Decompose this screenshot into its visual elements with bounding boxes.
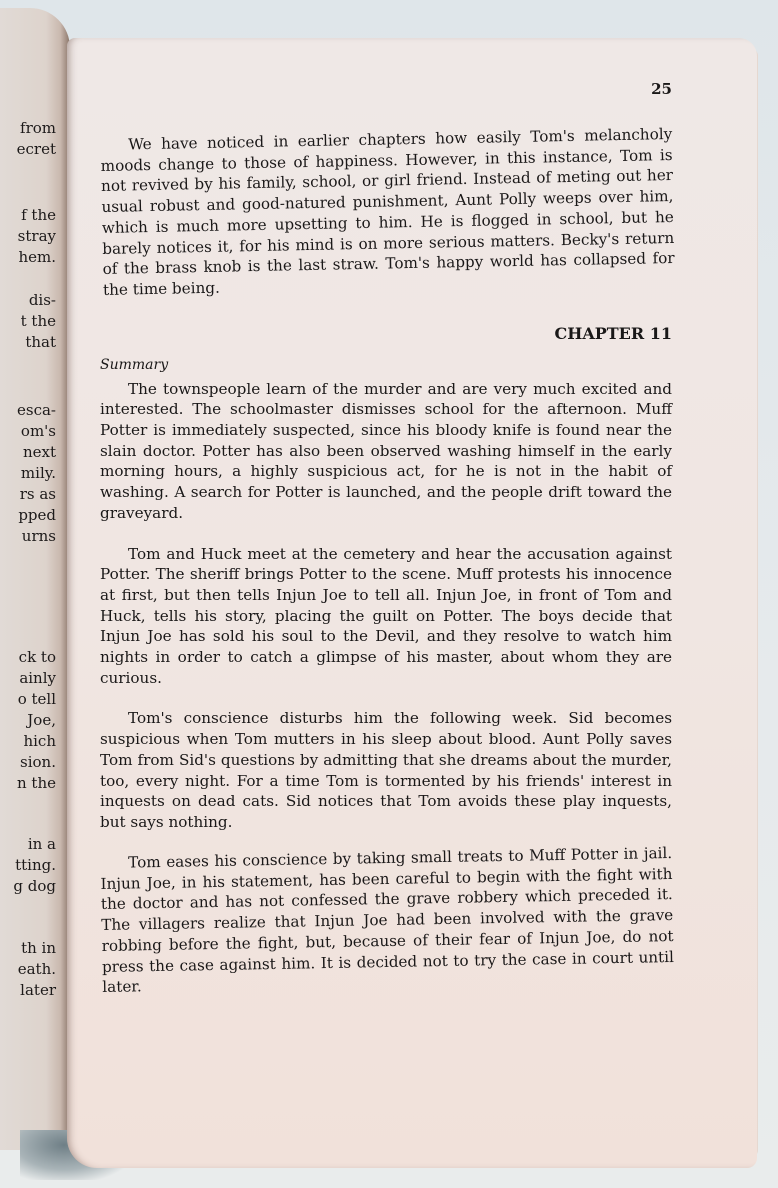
summary-paragraph-3: Tom's conscience disturbs him the follow… — [100, 708, 672, 832]
left-page-text-fragment: f the — [0, 205, 56, 226]
summary-paragraph-1: The townspeople learn of the murder and … — [100, 379, 672, 524]
left-page-text-fragment: n the — [0, 773, 56, 794]
page-content: 25 We have noticed in earlier chapters h… — [100, 80, 672, 998]
left-page-text-fragment: urns — [0, 526, 56, 547]
left-page-text-fragment: that — [0, 332, 56, 353]
left-page-text-fragment: mily. — [0, 463, 56, 484]
summary-paragraph-4: Tom eases his conscience by taking small… — [100, 843, 674, 998]
left-page-text-fragment: ck to — [0, 647, 56, 668]
left-page-text-fragment: hich — [0, 731, 56, 752]
left-page-text-fragment: later — [0, 980, 56, 1001]
left-page-text-fragment: in a — [0, 834, 56, 855]
left-page-text-fragment: eath. — [0, 959, 56, 980]
facing-left-page: fromecretf thestrayhem.dis-t thethatesca… — [0, 8, 70, 1150]
left-page-text-fragment: om's — [0, 421, 56, 442]
left-page-text-fragment: t the — [0, 311, 56, 332]
left-page-text-fragment: tting. — [0, 855, 56, 876]
intro-paragraph: We have noticed in earlier chapters how … — [100, 124, 675, 301]
left-page-text-fragment: g dog — [0, 876, 56, 897]
chapter-heading: CHAPTER 11 — [100, 324, 672, 343]
left-page-text-fragment: next — [0, 442, 56, 463]
page-number: 25 — [651, 80, 672, 98]
section-label: Summary — [100, 357, 672, 373]
left-page-text-fragment: from — [0, 118, 56, 139]
left-page-text-fragment: ainly — [0, 668, 56, 689]
left-page-text-fragment: esca- — [0, 400, 56, 421]
left-page-text-fragment: dis- — [0, 290, 56, 311]
left-page-text-fragment: pped — [0, 505, 56, 526]
left-page-text-fragment: ecret — [0, 139, 56, 160]
left-page-text-fragment: Joe, — [0, 710, 56, 731]
left-page-text-fragment: o tell — [0, 689, 56, 710]
left-page-text-fragment: stray — [0, 226, 56, 247]
left-page-text-fragment: hem. — [0, 247, 56, 268]
left-page-text-fragment: rs as — [0, 484, 56, 505]
left-page-text-fragment: th in — [0, 938, 56, 959]
left-page-text-fragment: sion. — [0, 752, 56, 773]
summary-paragraph-2: Tom and Huck meet at the cemetery and he… — [100, 544, 672, 689]
